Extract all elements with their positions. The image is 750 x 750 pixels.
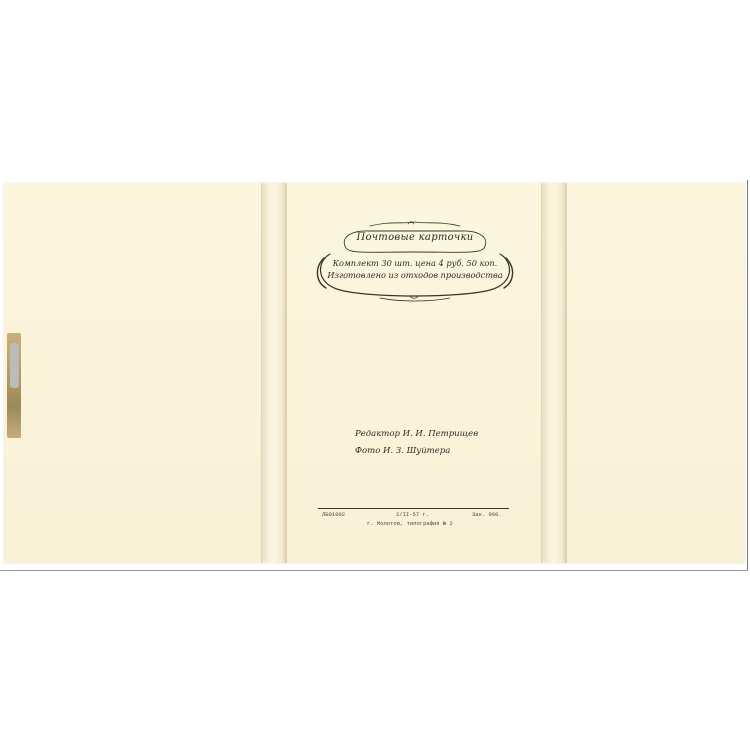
fold-strip-right	[541, 183, 568, 563]
fold-strip-left	[261, 183, 288, 563]
imprint-order: Зак. 900.	[472, 511, 502, 518]
image-border-bottom	[0, 570, 748, 571]
glue-residue	[10, 343, 19, 388]
back-panel	[4, 183, 261, 563]
set-price-line: Комплект 30 шт. цена 4 руб. 50 коп.	[310, 258, 520, 268]
cartouche-title: Почтовые карточки	[310, 232, 520, 243]
photo-credit: Фото И. З. Шуйтера	[355, 443, 505, 460]
imprint-code: ЛБ01002	[322, 511, 345, 518]
credits-block: Редактор И. И. Петрищев Фото И. З. Шуйте…	[355, 426, 505, 460]
front-panel	[567, 183, 745, 563]
imprint-rule	[318, 508, 509, 509]
material-note-line: Изготовлено из отходов производства	[310, 270, 520, 280]
image-border-right	[747, 180, 748, 571]
editor-credit: Редактор И. И. Петрищев	[355, 426, 505, 443]
imprint-printer: г. Молотов, типография № 2	[367, 520, 453, 527]
ornamental-cartouche: Почтовые карточки Комплект 30 шт. цена 4…	[310, 218, 520, 302]
imprint-date: 2/II-57 г.	[396, 511, 429, 518]
